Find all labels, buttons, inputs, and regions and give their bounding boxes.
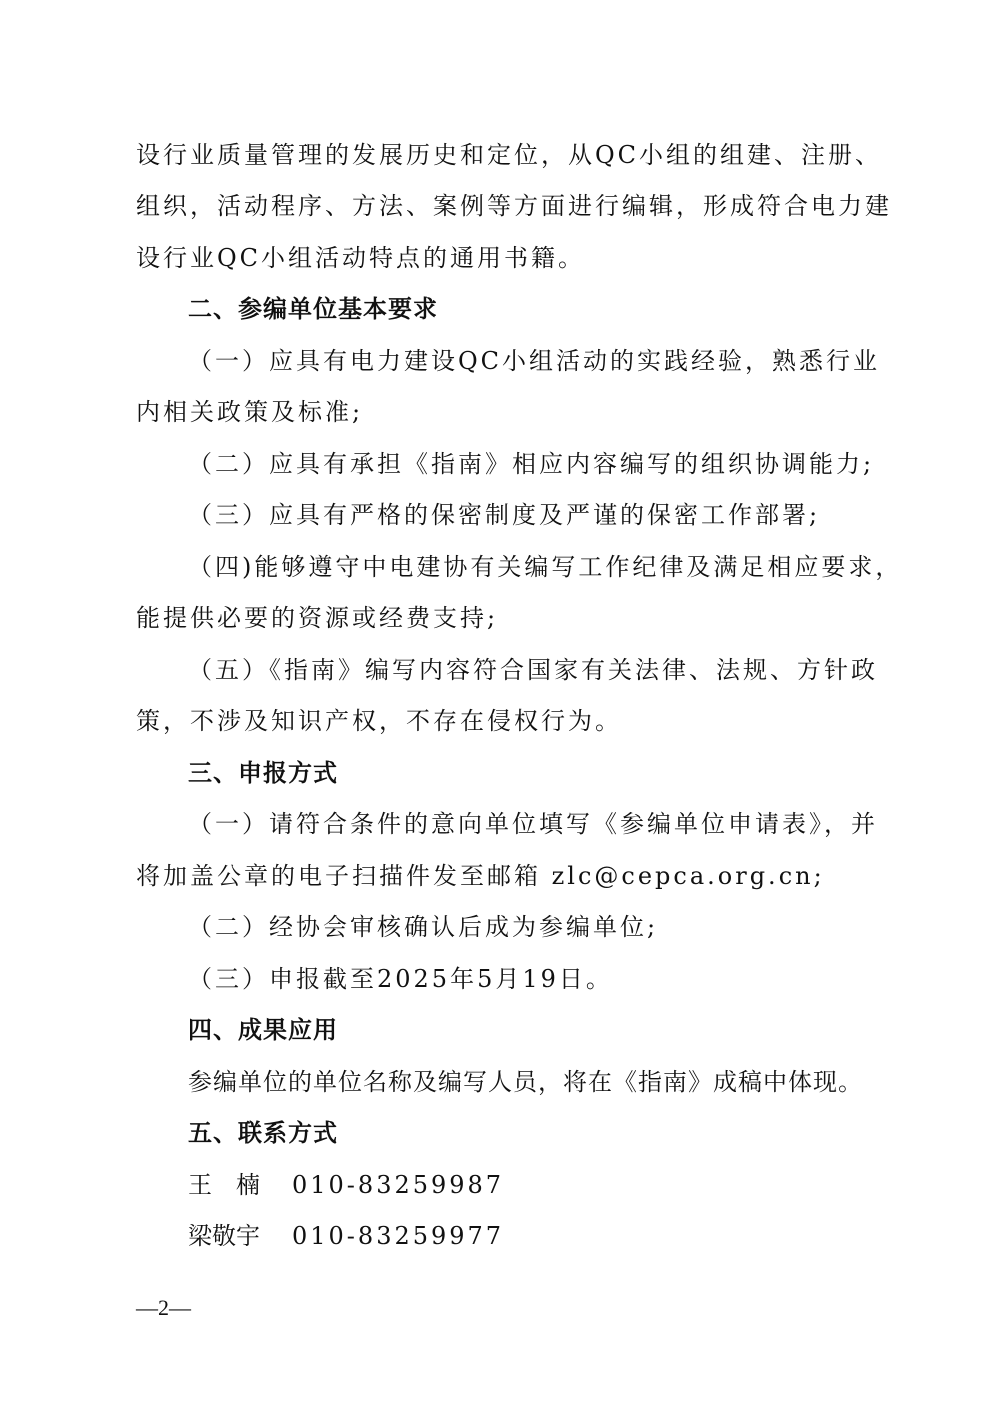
paragraph-line: （三）应具有严格的保密制度及严谨的保密工作部署; <box>188 500 820 530</box>
paragraph-line: 策，不涉及知识产权，不存在侵权行为。 <box>136 706 622 736</box>
paragraph-line: （一）应具有电力建设QC小组活动的实践经验，熟悉行业 <box>188 346 880 376</box>
contact-phone: 010-83259977 <box>292 1222 504 1250</box>
paragraph-line: （二）应具有承担《指南》相应内容编写的组织协调能力; <box>188 449 874 479</box>
paragraph-line: 能提供必要的资源或经费支持; <box>136 603 498 633</box>
paragraph-line: 内相关政策及标准; <box>136 397 363 427</box>
intro-line: 设行业质量管理的发展历史和定位，从QC小组的组建、注册、 <box>136 140 882 170</box>
contact-name: 梁敬宇 <box>188 1221 292 1251</box>
paragraph-line: （一）请符合条件的意向单位填写《参编单位申请表》，并 <box>188 809 878 839</box>
paragraph-line-deadline: （三）申报截至2025年5月19日。 <box>188 964 613 994</box>
section-heading: 三、申报方式 <box>188 758 338 788</box>
page-number: —2— <box>136 1295 191 1321</box>
contact-row: 王 楠010-83259987 <box>188 1170 504 1200</box>
contact-row: 梁敬宇010-83259977 <box>188 1221 504 1251</box>
contact-phone: 010-83259987 <box>292 1171 504 1199</box>
contact-name: 王 楠 <box>188 1170 292 1200</box>
section-heading: 五、联系方式 <box>188 1118 338 1148</box>
section-heading: 二、参编单位基本要求 <box>188 294 438 324</box>
paragraph-line: （五）《指南》编写内容符合国家有关法律、法规、方针政 <box>188 655 878 685</box>
paragraph-line: 参编单位的单位名称及编写人员，将在《指南》成稿中体现。 <box>188 1067 863 1097</box>
intro-line: 设行业QC小组活动特点的通用书籍。 <box>136 243 585 273</box>
section-heading: 四、成果应用 <box>188 1015 338 1045</box>
intro-line: 组织，活动程序、方法、案例等方面进行编辑，形成符合电力建 <box>136 191 892 221</box>
paragraph-line: （二）经协会审核确认后成为参编单位; <box>188 912 658 942</box>
paragraph-line-email: 将加盖公章的电子扫描件发至邮箱 zlc@cepca.org.cn; <box>136 861 825 891</box>
paragraph-line: （四)能够遵守中电建协有关编写工作纪律及满足相应要求， <box>188 552 902 582</box>
